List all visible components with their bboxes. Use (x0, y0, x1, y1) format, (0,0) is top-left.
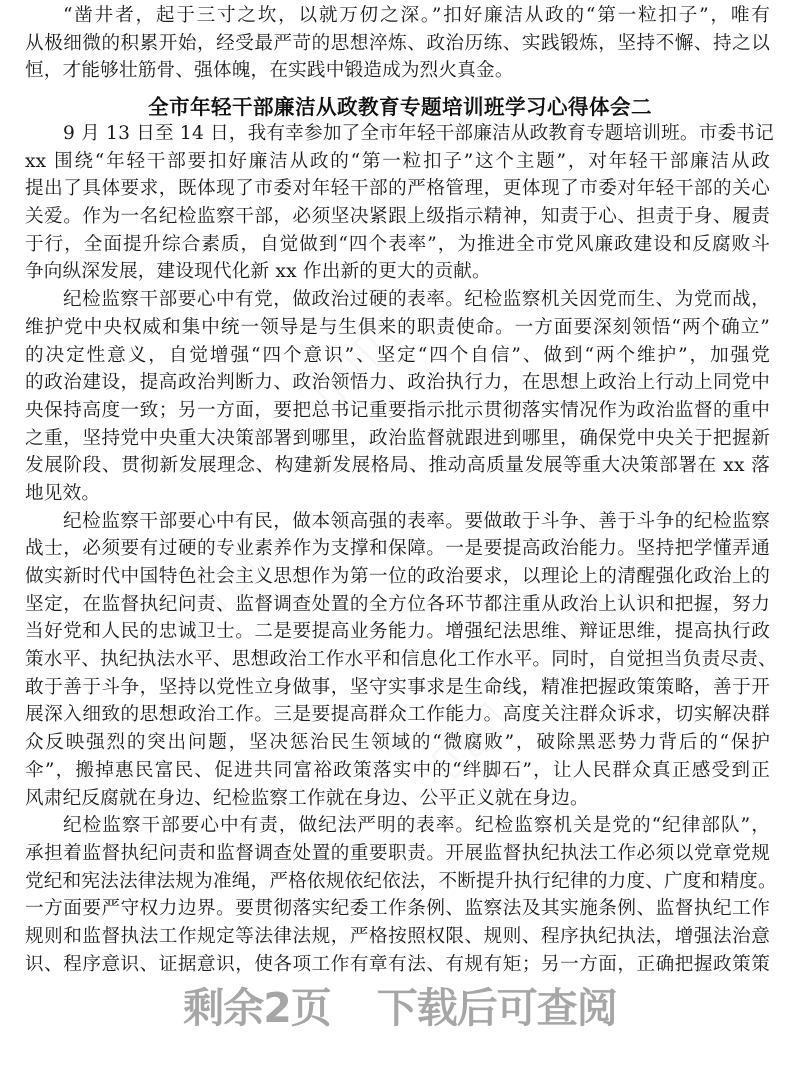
paragraph: 9 月 13 日至 14 日，我有幸参加了全市年轻干部廉洁从政教育专题培训班。市… (25, 120, 770, 286)
paragraph: 纪检监察干部要心中有责，做纪法严明的表率。纪检监察机关是党的“纪律部队”， 承担… (25, 812, 770, 978)
text-line: 风肃纪反腐就在身边、纪检监察工作就在身边、公平正义就在身边。 (25, 785, 770, 813)
download-prompt-label: 下载后可查阅 (377, 984, 617, 1032)
text-line: 规则和监督执法工作规定等法律法规，严格按照权限、规则、程序执纪执法，增强法治意 (25, 923, 770, 951)
text-line: 策水平、执纪执法水平、思想政治工作水平和信息化工作水平。同时，自觉担当负责尽责、 (25, 646, 770, 674)
text-line: 地见效。 (25, 480, 770, 508)
text-line: 的政治建设，提高政治判断力、政治领悟力、政治执行力，在思想上政治上行动上同党中 (25, 369, 770, 397)
text-line: 于行，全面提升综合素质，自觉做到“四个表率”，为推进全市党风廉政建设和反腐败斗 (25, 231, 770, 259)
text-line: 展深入细致的思想政治工作。三是要提高群众工作能力。高度关注群众诉求，切实解决群 (25, 701, 770, 729)
text-line: 提出了具体要求，既体现了市委对年轻干部的严格管理，更体现了市委对年轻干部的关心 (25, 175, 770, 203)
text-line: 伞”，搬掉惠民富民、促进共同富裕政策落实中的“绊脚石”，让人民群众真正感受到正 (25, 757, 770, 785)
text-line: 一方面要严守权力边界。要贯彻落实纪委工作条例、监察法及其实施条例、监督执纪工作 (25, 895, 770, 923)
text-line: 的决定性意义，自觉增强“四个意识”、坚定“四个自信”、做到“两个维护”，加强党 (25, 342, 770, 370)
text-line: 纪检监察干部要心中有党，做政治过硬的表率。纪检监察机关因党而生、为党而战， (25, 286, 770, 314)
text-line: xx 围绕“年轻干部要扣好廉洁从政的“第一粒扣子”这个主题”，对年轻干部廉洁从政 (25, 148, 770, 176)
remaining-pages-label: 剩余2页 (183, 984, 331, 1032)
text-line: 承担着监督执纪问责和监督调查处置的重要职责。开展监督执纪执法工作必须以党章党规 (25, 840, 770, 868)
text-line: 做实新时代中国特色社会主义思想作为第一位的政治要求，以理论上的清醒强化政治上的 (25, 563, 770, 591)
text-line: 关爱。作为一名纪检监察干部，必须坚决紧跟上级指示精神，知责于心、担责于身、履责 (25, 203, 770, 231)
paragraph: 纪检监察干部要心中有民，做本领高强的表率。要做敢于斗争、善于斗争的纪检监察 战士… (25, 508, 770, 813)
paragraph: 纪检监察干部要心中有党，做政治过硬的表率。纪检监察机关因党而生、为党而战， 维护… (25, 286, 770, 508)
text-line: 识、程序意识、证据意识，使各项工作有章有法、有规有矩；另一方面，正确把握政策策 (25, 951, 770, 979)
text-line: 敢于善于斗争，坚持以党性立身做事，坚守实事求是生命线，精准把握政策策略，善于开 (25, 674, 770, 702)
section-title: 全市年轻干部廉洁从政教育专题培训班学习心得体会二 (0, 92, 800, 122)
text-line: 从极细微的积累开始，经受最严苛的思想淬炼、政治历练、实践锻炼，坚持不懈、持之以 (25, 30, 770, 58)
text-line: “凿井者，起于三寸之坎，以就万仞之深。”扣好廉洁从政的“第一粒扣子”，唯有 (25, 2, 770, 30)
text-line: 纪检监察干部要心中有责，做纪法严明的表率。纪检监察机关是党的“纪律部队”， (25, 812, 770, 840)
text-line: 9 月 13 日至 14 日，我有幸参加了全市年轻干部廉洁从政教育专题培训班。市… (25, 120, 770, 148)
text-line: 坚定，在监督执纪问责、监督调查处置的全方位各环节都注重从政治上认识和把握，努力 (25, 591, 770, 619)
text-line: 之重，坚持党中央重大决策部署到哪里，政治监督就跟进到哪里，确保党中央关于把握新 (25, 425, 770, 453)
body-text: 9 月 13 日至 14 日，我有幸参加了全市年轻干部廉洁从政教育专题培训班。市… (25, 120, 770, 978)
text-line: 纪检监察干部要心中有民，做本领高强的表率。要做敢于斗争、善于斗争的纪检监察 (25, 508, 770, 536)
text-line: 发展阶段、贯彻新发展理念、构建新发展格局、推动高质量发展等重大决策部署在 xx … (25, 452, 770, 480)
document-page: ▯▯▯▯ ▯▯▯▯ ▯▯▯▯ ▯▯▯▯ “凿井者，起于三寸之坎，以就万仞之深。”… (0, 0, 800, 1085)
text-line: 维护党中央权威和集中统一领导是与生俱来的职责使命。一方面要深刻领悟“两个确立” (25, 314, 770, 342)
text-line: 恒，才能够壮筋骨、强体魄，在实践中锻造成为烈火真金。 (25, 57, 770, 85)
text-line: 众反映强烈的突出问题，坚决惩治民生领域的“微腐败”，破除黑恶势力背后的“保护 (25, 729, 770, 757)
text-line: 当好党和人民的忠诚卫士。二是要提高业务能力。增强纪法思维、辩证思维，提高执行政 (25, 618, 770, 646)
intro-paragraph: “凿井者，起于三寸之坎，以就万仞之深。”扣好廉洁从政的“第一粒扣子”，唯有 从极… (25, 2, 770, 85)
text-line: 党纪和宪法法律法规为准绳，严格依规依纪依法，不断提升执行纪律的力度、广度和精度。 (25, 868, 770, 896)
text-line: 争向纵深发展，建设现代化新 xx 作出新的更大的贡献。 (25, 258, 770, 286)
download-to-read-banner[interactable]: 剩余2页下载后可查阅 (0, 982, 800, 1034)
text-line: 战士，必须要有过硬的专业素养作为支撑和保障。一是要提高政治能力。坚持把学懂弄通 (25, 535, 770, 563)
text-line: 央保持高度一致；另一方面，要把总书记重要指示批示贯彻落实情况作为政治监督的重中 (25, 397, 770, 425)
